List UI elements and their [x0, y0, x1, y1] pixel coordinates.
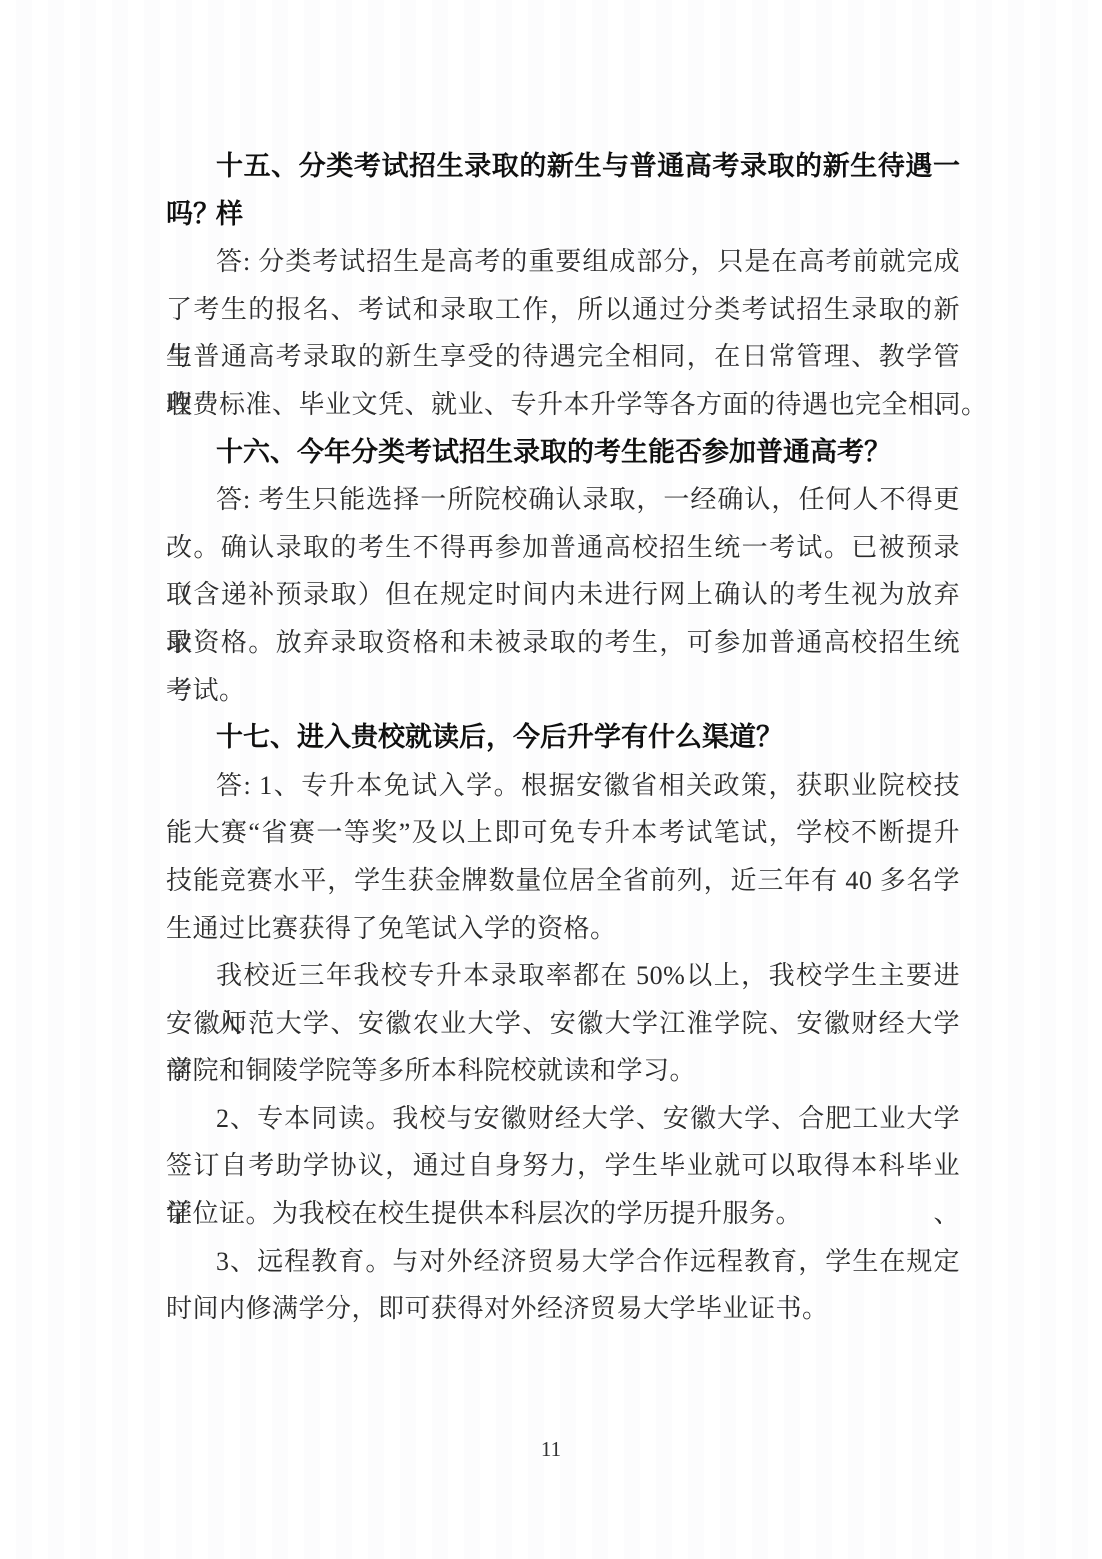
answer-q17-p1-line2: 能大赛“省赛一等奖”及以上即可免专升本考试笔试，学校不断提升 [166, 809, 960, 857]
answer-q17-p3-line2: 签订自考助学协议，通过自身努力，学生毕业就可以取得本科毕业证、 [166, 1142, 960, 1190]
answer-q17-p1-line4: 生通过比赛获得了免笔试入学的资格。 [166, 905, 960, 953]
answer-q17-p3-line1: 2、专本同读。我校与安徽财经大学、安徽大学、合肥工业大学 [166, 1095, 960, 1143]
answer-q16-line4: 取资格。放弃录取资格和未被录取的考生，可参加普通高校招生统一 [166, 619, 960, 667]
answer-q17-p1-line3: 技能竞赛水平，学生获金牌数量位居全省前列，近三年有 40 多名学 [166, 857, 960, 905]
document-content: 十五、分类考试招生录取的新生与普通高考录取的新生待遇一样 吗？ 答: 分类考试招… [166, 143, 960, 1333]
answer-q15-line3: 与普通高考录取的新生享受的待遇完全相同，在日常管理、教学管理、 [166, 333, 960, 381]
answer-q17-p2-line2: 安徽师范大学、安徽农业大学、安徽大学江淮学院、安徽财经大学商 [166, 1000, 960, 1048]
answer-q17-p4-line1: 3、远程教育。与对外经济贸易大学合作远程教育，学生在规定 [166, 1238, 960, 1286]
answer-q15-line1: 答: 分类考试招生是高考的重要组成部分，只是在高考前就完成 [166, 238, 960, 286]
heading-q15-line2: 吗？ [166, 191, 960, 239]
answer-q17-p2-line1: 我校近三年我校专升本录取率都在 50%以上，我校学生主要进入 [166, 952, 960, 1000]
answer-q16-line5: 考试。 [166, 667, 960, 715]
answer-q16-line2: 改。确认录取的考生不得再参加普通高校招生统一考试。已被预录取 [166, 524, 960, 572]
answer-q17-p4-line2: 时间内修满学分，即可获得对外经济贸易大学毕业证书。 [166, 1285, 960, 1333]
answer-q15-line4: 收费标准、毕业文凭、就业、专升本升学等各方面的待遇也完全相同。 [166, 381, 960, 429]
answer-q17-p2-line3: 学院和铜陵学院等多所本科院校就读和学习。 [166, 1047, 960, 1095]
document-page: 十五、分类考试招生录取的新生与普通高考录取的新生待遇一样 吗？ 答: 分类考试招… [0, 0, 1102, 1559]
page-number: 11 [0, 1437, 1102, 1462]
answer-q17-p1-line1: 答: 1、专升本免试入学。根据安徽省相关政策，获职业院校技 [166, 762, 960, 810]
answer-q15-line2: 了考生的报名、考试和录取工作，所以通过分类考试招生录取的新生 [166, 286, 960, 334]
answer-q16-line3: （含递补预录取）但在规定时间内未进行网上确认的考生视为放弃录 [166, 571, 960, 619]
heading-q17: 十七、进入贵校就读后，今后升学有什么渠道？ [166, 714, 960, 762]
heading-q15-line1: 十五、分类考试招生录取的新生与普通高考录取的新生待遇一样 [166, 143, 960, 191]
answer-q16-line1: 答: 考生只能选择一所院校确认录取，一经确认，任何人不得更 [166, 476, 960, 524]
heading-q16: 十六、今年分类考试招生录取的考生能否参加普通高考？ [166, 429, 960, 477]
